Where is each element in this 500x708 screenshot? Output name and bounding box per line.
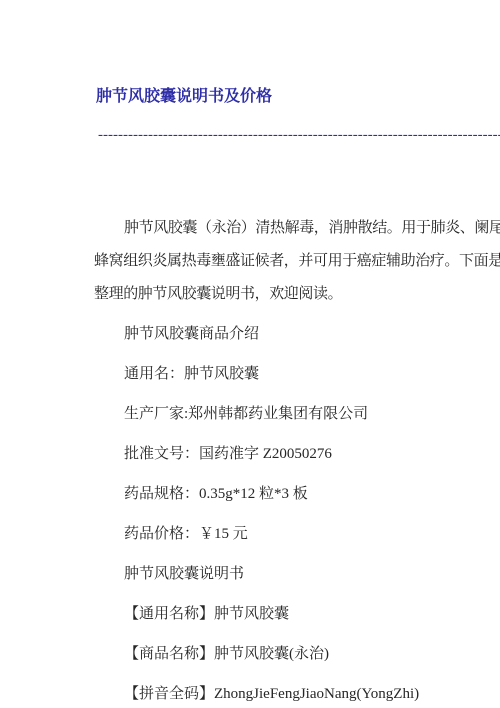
info-line-generic-name: 通用名：肿节风胶囊 <box>94 358 500 391</box>
labeled-line-generic-name: 【通用名称】肿节风胶囊 <box>94 598 500 631</box>
labeled-line-pinyin: 【拼音全码】ZhongJieFengJiaoNang(YongZhi) <box>94 678 500 708</box>
section-instructions-heading: 肿节风胶囊说明书 <box>94 558 500 591</box>
intro-paragraph-line: 肿节风胶囊（永治）清热解毒，消肿散结。用于肺炎、阑尾 <box>94 212 500 245</box>
intro-paragraph: 肿节风胶囊（永治）清热解毒，消肿散结。用于肺炎、阑尾 蜂窝组织炎属热毒壅盛证候者… <box>94 212 500 311</box>
labeled-generic-name-text: 【通用名称】肿节风胶囊 <box>94 598 500 631</box>
labeled-line-product-name: 【商品名称】肿节风胶囊(永治) <box>94 638 500 671</box>
page-title: 肿节风胶囊说明书及价格 <box>96 86 500 108</box>
generic-name-text: 通用名：肿节风胶囊 <box>94 358 500 391</box>
manufacturer-text: 生产厂家:郑州韩都药业集团有限公司 <box>94 398 500 431</box>
specification-text: 药品规格：0.35g*12 粒*3 板 <box>94 478 500 511</box>
info-line-approval-number: 批准文号：国药准字 Z20050276 <box>94 438 500 471</box>
intro-paragraph-line: 整理的肿节风胶囊说明书，欢迎阅读。 <box>94 278 500 311</box>
info-line-specification: 药品规格：0.35g*12 粒*3 板 <box>94 478 500 511</box>
intro-paragraph-line: 蜂窝组织炎属热毒壅盛证候者，并可用于癌症辅助治疗。下面是 <box>94 245 500 278</box>
instructions-heading: 肿节风胶囊说明书 <box>94 558 500 591</box>
info-line-manufacturer: 生产厂家:郑州韩都药业集团有限公司 <box>94 398 500 431</box>
dashed-divider-line: ----------------------------------------… <box>98 126 500 144</box>
info-line-price: 药品价格：￥15 元 <box>94 518 500 551</box>
approval-number-text: 批准文号：国药准字 Z20050276 <box>94 438 500 471</box>
price-text: 药品价格：￥15 元 <box>94 518 500 551</box>
labeled-pinyin-text: 【拼音全码】ZhongJieFengJiaoNang(YongZhi) <box>94 678 500 708</box>
document-page: 肿节风胶囊说明书及价格 ----------------------------… <box>0 0 500 708</box>
section-product-intro-heading: 肿节风胶囊商品介绍 <box>94 318 500 351</box>
document-body: 肿节风胶囊（永治）清热解毒，消肿散结。用于肺炎、阑尾 蜂窝组织炎属热毒壅盛证候者… <box>94 212 500 708</box>
labeled-product-name-text: 【商品名称】肿节风胶囊(永治) <box>94 638 500 671</box>
product-intro-heading: 肿节风胶囊商品介绍 <box>94 318 500 351</box>
